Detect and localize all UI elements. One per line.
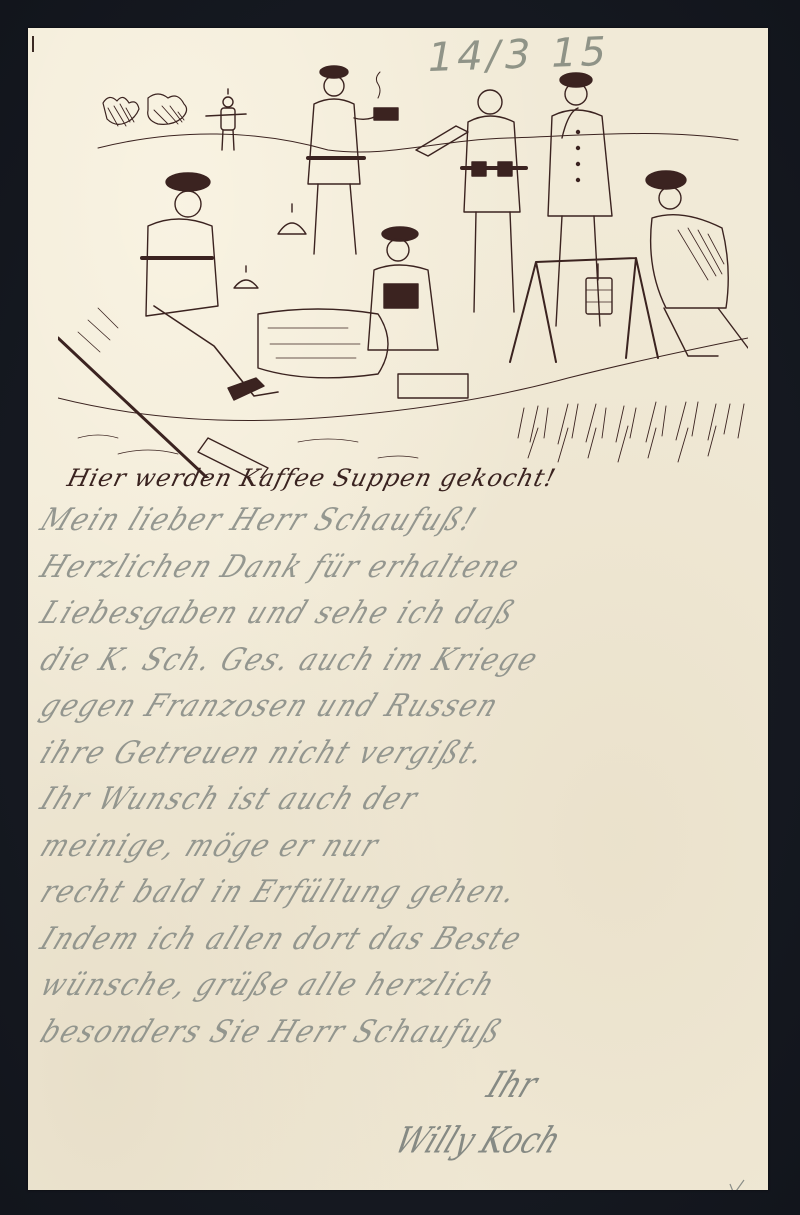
soldiers-field-kitchen-illustration [58,58,748,478]
letter-line: Indem ich allen dort das Beste [31,913,768,966]
letter-line: besonders Sie Herr Schaufuß [31,1006,768,1059]
edge-mark [32,36,34,52]
letter-line: meinige, möge er nur [31,820,768,873]
sentry-figure [206,89,246,150]
letter-line: Liebesgaben und sehe ich daß [31,588,768,641]
postcard: 14/3 15 [28,28,768,1190]
handwritten-letter: Mein lieber Herr Schaufuß! Herzlichen Da… [42,498,762,1056]
seated-soldier-left [58,173,278,478]
seated-soldier-eating [258,227,468,398]
pencil-tick-mark [728,1178,748,1190]
letter-line: recht bald in Erfüllung gehen. [31,867,768,920]
spiked-helmet-icon [234,204,306,288]
letter-line: wünsche, grüße alle herzlich [31,960,768,1013]
cooking-pot-tripod [510,258,658,362]
soldier-laughing [548,73,612,326]
letter-line: die K. Sch. Ges. auch im Kriege [31,634,768,687]
bush-icon [103,94,187,126]
standing-soldier-eating [308,66,398,254]
letter-line: Mein lieber Herr Schaufuß! [31,495,768,548]
letter-line: Herzlichen Dank für erhaltene [31,541,768,594]
kneeling-soldier-cook [646,171,748,356]
letter-line: ihre Getreuen nicht vergißt. [31,727,768,780]
printed-caption: Hier werden Kaffee Suppen gekocht! [65,464,762,492]
closing: Ihr [408,1059,592,1114]
signature-name: Willy Koch [386,1114,570,1169]
signature-block: Ihr Willy Koch [386,1059,592,1169]
soldier-reading [416,90,526,312]
letter-line: gegen Franzosen und Russen [31,681,768,734]
grass-hatching [78,402,744,462]
letter-line: Ihr Wunsch ist auch der [31,774,768,827]
